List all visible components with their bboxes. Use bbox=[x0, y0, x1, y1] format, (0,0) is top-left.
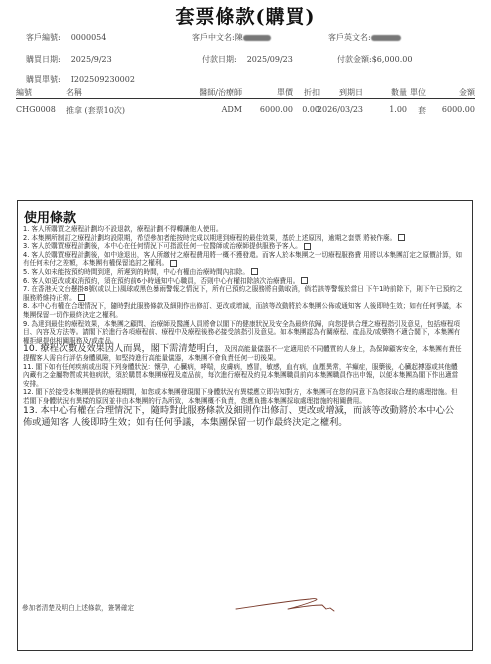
signature-image bbox=[218, 587, 358, 617]
customer-en-name-field: 客戶英文名: bbox=[328, 32, 401, 43]
table-row: CHG0008 推拿 (套票10次) ADM 6000.00 0.00 2026… bbox=[16, 105, 475, 117]
term-item: 10. 療程次數及效果因人而異，閣下需清楚明白，及因高能量儀器不一定適用於不同體… bbox=[23, 345, 463, 362]
row-price: 6000.00 bbox=[260, 105, 293, 114]
header-amount: 金額 bbox=[459, 87, 475, 98]
customer-en-name-label: 客戶英文名: bbox=[328, 33, 371, 42]
purchase-date-label: 購買日期: bbox=[26, 55, 61, 64]
header-discount: 折扣 bbox=[304, 87, 320, 98]
order-number-field: 購買單號:I202509230002 bbox=[26, 74, 135, 85]
customer-id-field: 客戶編號:0000054 bbox=[26, 32, 106, 43]
checkbox-icon bbox=[170, 260, 177, 267]
terms-list: 1. 客人所購買之療程計劃均不設退款，療程計劃不得轉讓他人使用。 2. 本集團所… bbox=[23, 225, 463, 428]
redacted-name-mask bbox=[243, 35, 271, 41]
purchase-date-field: 購買日期:2025/9/23 bbox=[26, 54, 112, 65]
term-item: 11. 閣下如有任何疾病或出現下列身體狀況：懷孕，心臟病，哮喘，皮膚病，感冒，敏… bbox=[23, 363, 463, 389]
term-item: 7. 在香港天文台懸掛8號(或以上)風球或黑色暴雨警報之情況下，所有已預約之服務… bbox=[23, 285, 463, 302]
header-doctor: 醫師/治療師 bbox=[199, 87, 242, 98]
checkbox-icon bbox=[398, 234, 405, 241]
row-expiry: 2026/03/23 bbox=[317, 105, 363, 114]
term-item: 1. 客人所購買之療程計劃均不設退款，療程計劃不得轉讓他人使用。 bbox=[23, 225, 463, 234]
row-name: 推拿 (套票10次) bbox=[66, 105, 125, 116]
term-item: 2. 本集團所制訂之療程計劃均設限期，希望參加者能按時完成以期達到療程的最佳效果… bbox=[23, 234, 463, 243]
checkbox-icon bbox=[78, 294, 85, 301]
term-item: 12. 閣下於接受本集團提供的療程期間，如您或本集團發現閣下身體狀況有異樣應立即… bbox=[23, 388, 463, 405]
payment-date-value: 2025/09/23 bbox=[247, 55, 293, 64]
document-title: 套票條款(購買) bbox=[0, 2, 491, 29]
customer-id-value: 0000054 bbox=[71, 33, 107, 42]
purchase-date-value: 2025/9/23 bbox=[71, 55, 112, 64]
row-amount: 6000.00 bbox=[442, 105, 475, 114]
order-number-value: I202509230002 bbox=[71, 75, 135, 84]
term-item: 6. 客人如更改或取消預約，須在預約前6小時通知中心職員，否則中心有權扣除該次治… bbox=[23, 277, 463, 286]
row-unit: 套 bbox=[418, 105, 426, 116]
term-item: 5. 客人如未能按預約時間到達，所遲到的時間，中心有權由治療時間內扣除。 bbox=[23, 268, 463, 277]
payment-date-field: 付款日期:2025/09/23 bbox=[202, 54, 293, 65]
customer-cn-name-field: 客戶中文名:陳 bbox=[192, 32, 271, 43]
checkbox-icon bbox=[251, 268, 258, 275]
term-item: 4. 客人於購買療程計劃後，如中途退出，客人所繳付之療程費用將一概不獲發還。而客… bbox=[23, 251, 463, 268]
customer-cn-name-label: 客戶中文名: bbox=[192, 33, 235, 42]
order-number-label: 購買單號: bbox=[26, 75, 61, 84]
payment-amount-field: 付款金額:$6,000.00 bbox=[337, 54, 412, 65]
term-item: 9. 為達到最佳的療程效果，本集團之顧問、治療師及醫護人員將會以閣下的健康狀況及… bbox=[23, 320, 463, 346]
header-qty: 數量 bbox=[391, 87, 407, 98]
term-item: 8. 本中心有權在合理情況下，隨時對此服務條款及細則作出修訂、更改或增減，而該等… bbox=[23, 302, 463, 319]
customer-cn-name-value: 陳 bbox=[235, 33, 243, 42]
term-item: 13. 本中心有權在合理情況下，隨時對此服務條款及細則作出修訂、更改或增減，而該… bbox=[23, 405, 463, 427]
row-doctor: ADM bbox=[222, 105, 242, 114]
checkbox-icon bbox=[304, 243, 311, 250]
terms-box: 使用條款 1. 客人所購買之療程計劃均不設退款，療程計劃不得轉讓他人使用。 2.… bbox=[17, 200, 473, 651]
items-table-header: 編號 名稱 醫師/治療師 單價 折扣 到期日 數量 單位 金額 bbox=[16, 87, 475, 99]
header-name: 名稱 bbox=[66, 87, 82, 98]
row-qty: 1.00 bbox=[389, 105, 407, 114]
header-code: 編號 bbox=[16, 87, 32, 98]
confirm-statement: 參加者清楚及明白上述條款，簽署確定 bbox=[22, 602, 134, 612]
customer-id-label: 客戶編號: bbox=[26, 33, 61, 42]
header-expiry: 到期日 bbox=[339, 87, 363, 98]
payment-date-label: 付款日期: bbox=[202, 55, 237, 64]
redacted-name-mask bbox=[371, 35, 401, 41]
payment-amount-label: 付款金額: bbox=[337, 55, 372, 64]
checkbox-icon bbox=[301, 277, 308, 284]
header-price: 單價 bbox=[277, 87, 293, 98]
term-item: 3. 客人於購買療程計劃後，本中心在任何情況下可指派任何一位醫師或治療師提供服務… bbox=[23, 242, 463, 251]
payment-amount-value: $6,000.00 bbox=[372, 55, 413, 64]
row-code: CHG0008 bbox=[16, 105, 56, 114]
header-unit: 單位 bbox=[410, 87, 426, 98]
terms-title: 使用條款 bbox=[24, 207, 76, 226]
